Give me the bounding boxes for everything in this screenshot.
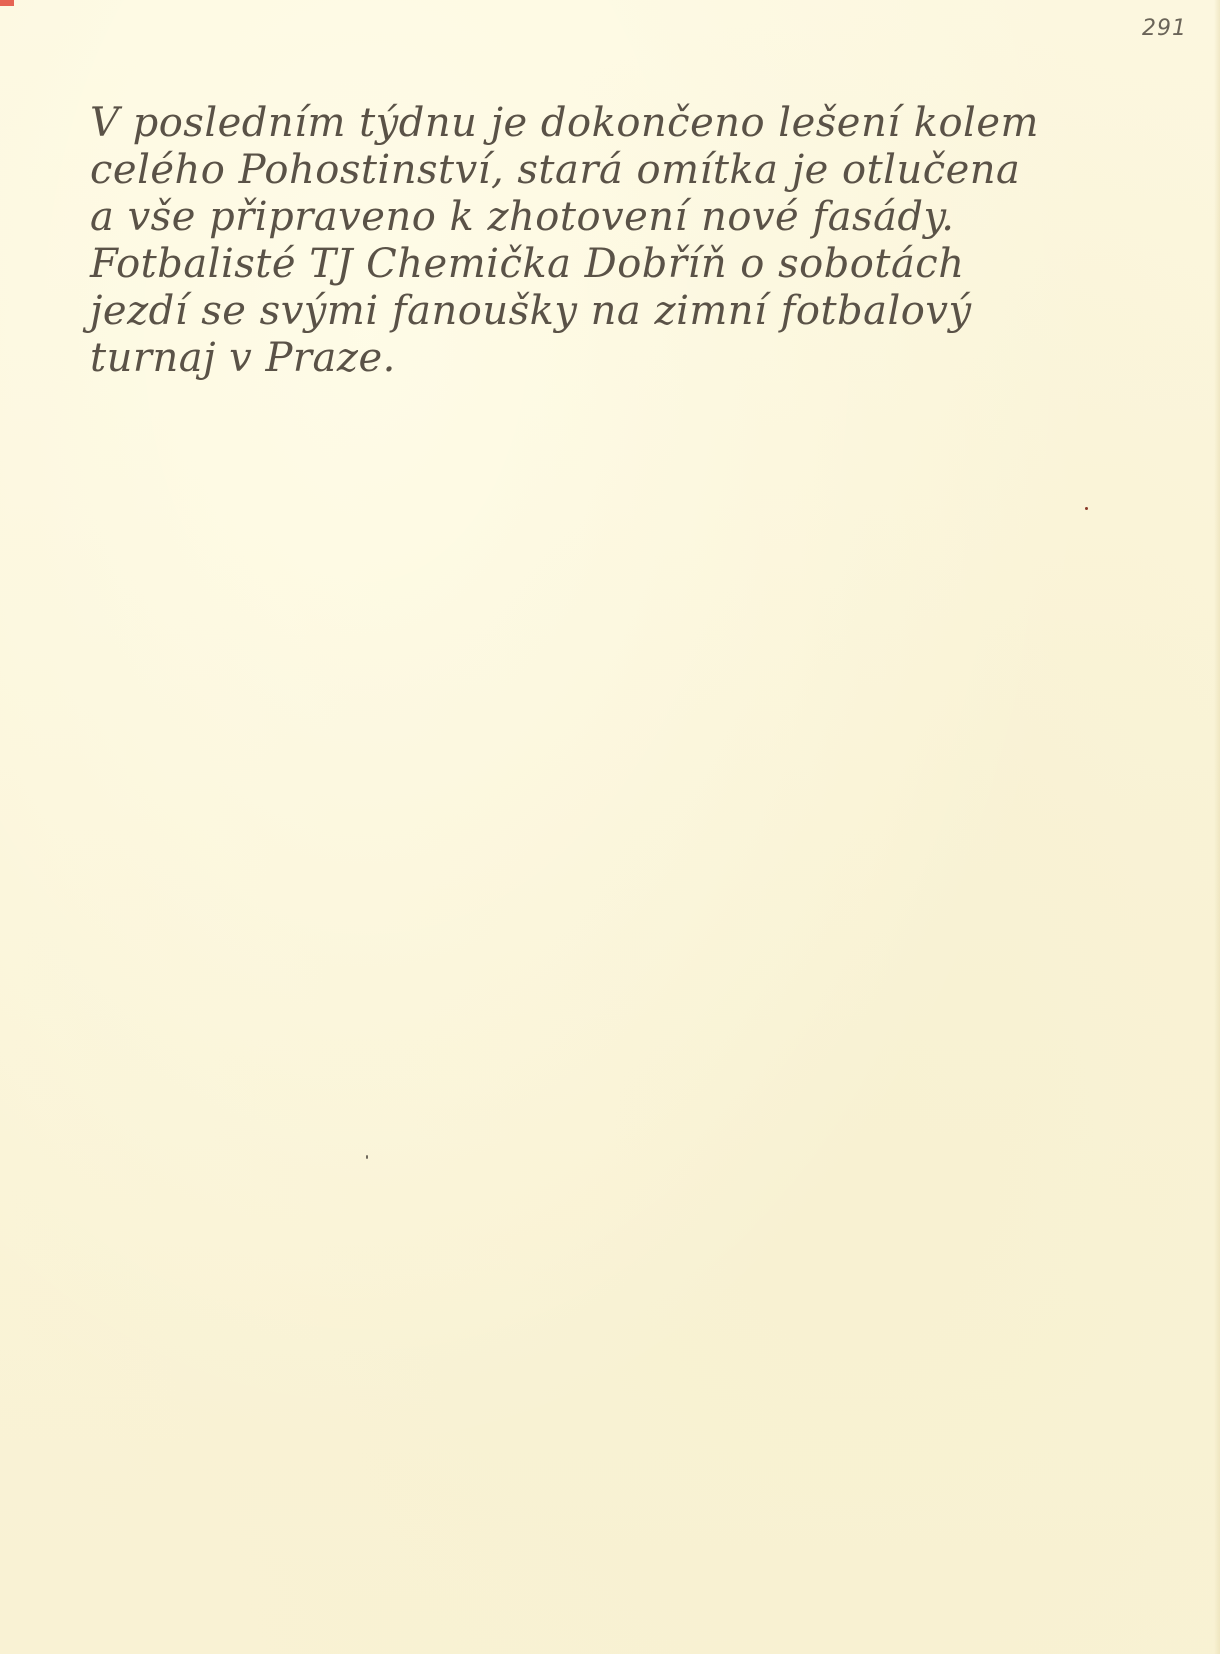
document-page: 291 V posledním týdnu je dokončeno lešen… xyxy=(0,0,1220,1654)
text-line: Fotbalisté TJ Chemička Dobříň o sobotách xyxy=(90,241,1150,288)
red-corner-mark xyxy=(0,0,14,6)
text-line: turnaj v Praze. xyxy=(90,335,1150,382)
page-edge-shadow xyxy=(1214,0,1220,1654)
ink-speck xyxy=(366,1155,368,1159)
ink-speck xyxy=(1085,507,1088,510)
text-line: V posledním týdnu je dokončeno lešení ko… xyxy=(90,100,1150,147)
handwritten-text-block: V posledním týdnu je dokončeno lešení ko… xyxy=(90,100,1150,382)
text-line: a vše připraveno k zhotovení nové fasády… xyxy=(90,194,1150,241)
page-number: 291 xyxy=(1142,16,1187,41)
text-line: jezdí se svými fanoušky na zimní fotbalo… xyxy=(90,288,1150,335)
text-line: celého Pohostinství, stará omítka je otl… xyxy=(90,147,1150,194)
